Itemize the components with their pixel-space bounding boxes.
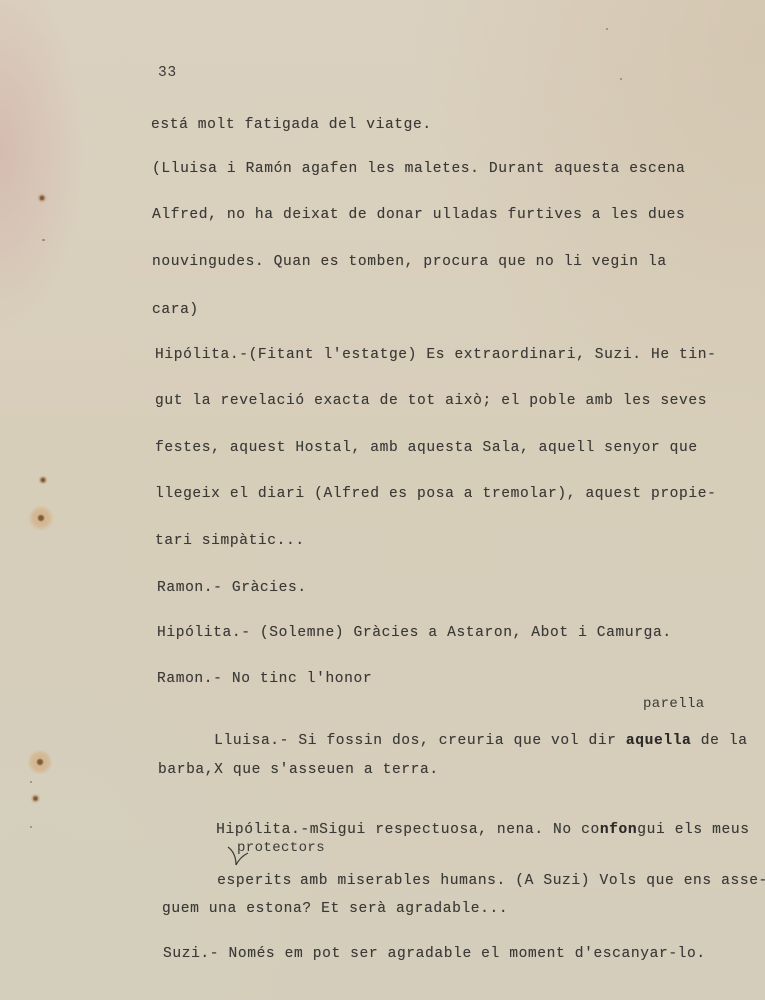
dialogue-line: Hipólita.- (Solemne) Gràcies a Astaron, …: [157, 625, 672, 641]
dialogue-line: Ramon.- No tinc l'honor: [157, 671, 372, 687]
dialogue-line: gut la revelació exacta de tot això; el …: [155, 393, 707, 409]
dialogue-line: festes, aquest Hostal, amb aquesta Sala,…: [155, 440, 698, 456]
text-line: Alfred, no ha deixat de donar ulladas fu…: [152, 207, 685, 223]
text-line: nouvingudes. Quan es tomben, procura que…: [152, 254, 667, 270]
dialogue-line: llegeix el diari (Alfred es posa a tremo…: [155, 486, 716, 502]
manuscript-page: 33 está molt fatigada del viatge. (Lluis…: [0, 0, 765, 1000]
line-text: amb miserables humans. (A Suzi) Vols que…: [300, 873, 765, 889]
dialogue-line: Ramon.- Gràcies.: [157, 580, 307, 596]
dialogue-line: esperitsamb miserables humans. (A Suzi) …: [161, 857, 765, 905]
typed-text-block: 33 está molt fatigada del viatge. (Lluis…: [0, 0, 765, 1000]
overtyped-correction: nfon: [600, 822, 637, 838]
dialogue-line: tari simpàtic...: [155, 533, 305, 549]
dialogue-line: barba,X que s'asseuen a terra.: [158, 762, 439, 778]
line-text: Hipólita.-mSigui respectuosa, nena. No c…: [216, 822, 600, 838]
dialogue-line: Lluisa.- Si fossin dos, creuria que vol …: [158, 717, 748, 765]
handwritten-insertion: protectors: [237, 840, 325, 856]
line-text: de la: [691, 733, 747, 749]
handwritten-insertion: parella: [643, 696, 705, 712]
page-number: 33: [158, 65, 177, 81]
overtyped-word: aquella: [626, 733, 692, 749]
text-line: cara): [152, 302, 199, 318]
text-line: (Lluisa i Ramón agafen les maletes. Dura…: [152, 161, 685, 177]
line-text: esperits: [217, 873, 292, 889]
dialogue-line: guem una estona? Et serà agradable...: [162, 901, 508, 917]
line-text: gui els meus: [637, 822, 749, 838]
dialogue-line: Suzi.- Només em pot ser agradable el mom…: [163, 946, 706, 962]
text-line: está molt fatigada del viatge.: [151, 117, 432, 133]
line-text: Lluisa.- Si fossin dos, creuria que vol …: [214, 733, 626, 749]
dialogue-line: Hipólita.-(Fitant l'estatge) Es extraord…: [155, 347, 716, 363]
